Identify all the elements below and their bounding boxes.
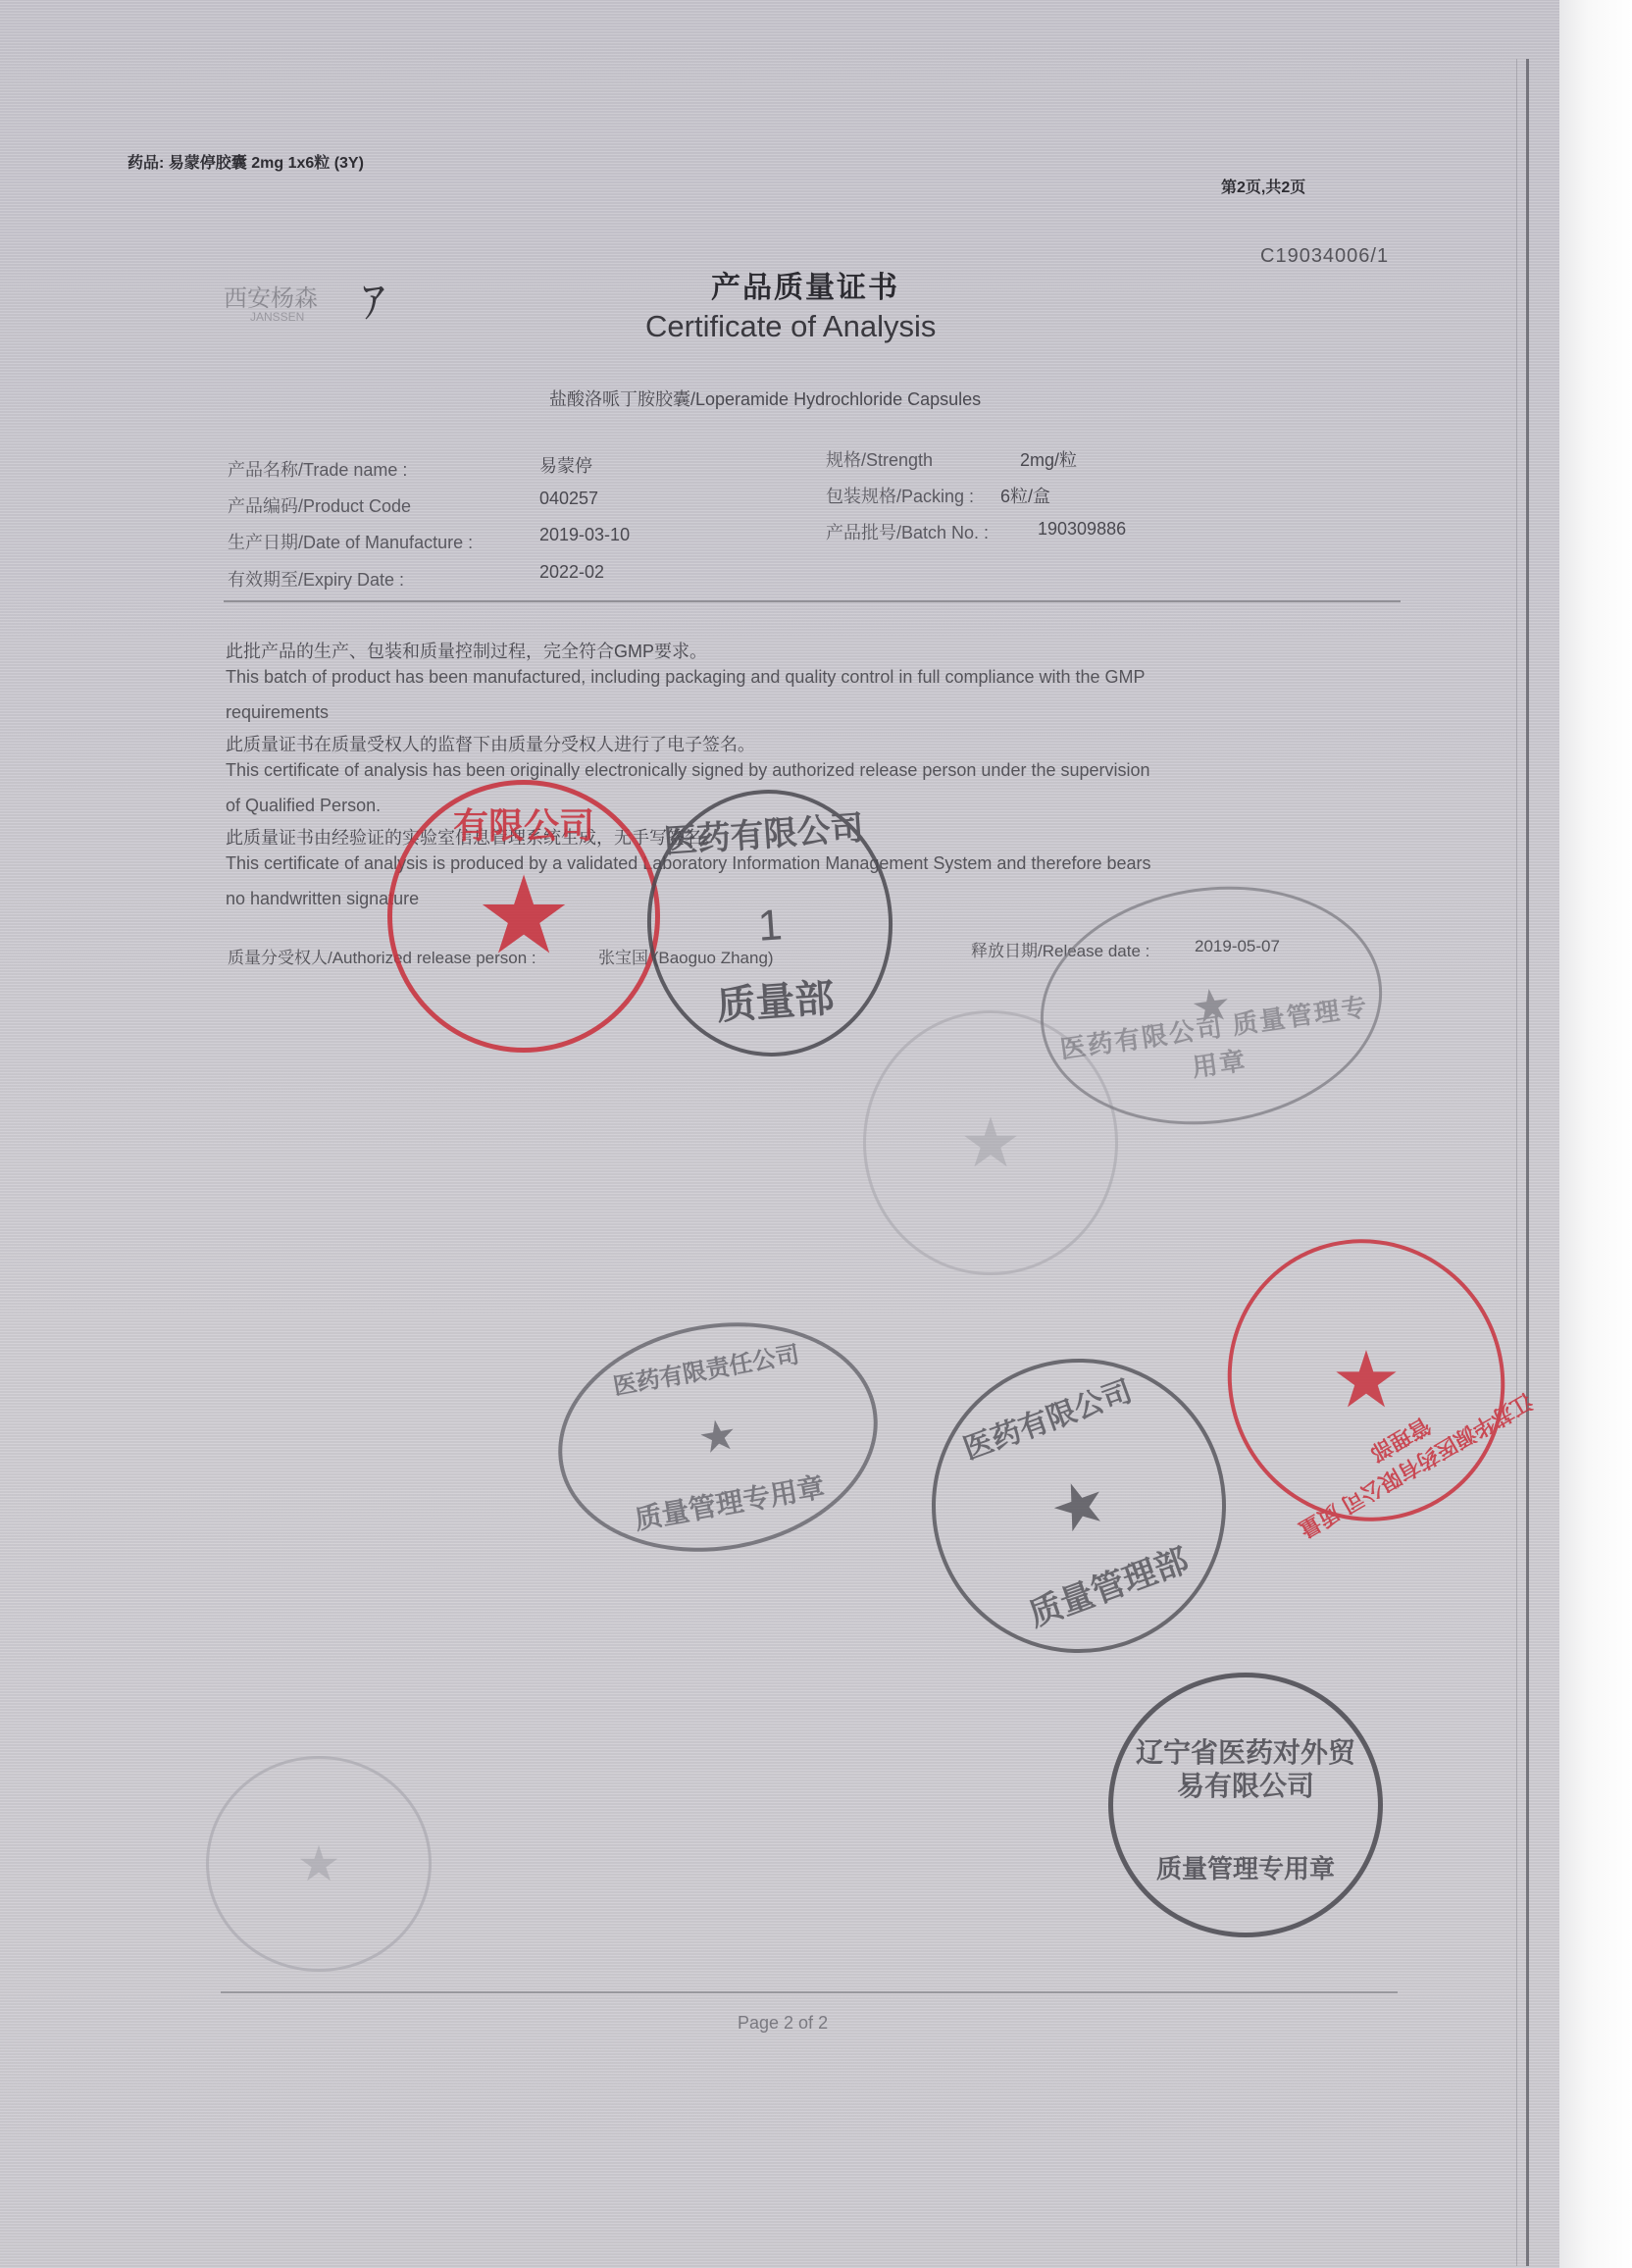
field-label-packing: 包装规格/Packing : bbox=[826, 483, 974, 508]
product-line-header: 药品: 易蒙停胶囊 2mg 1x6粒 (3Y) bbox=[127, 150, 364, 173]
title-en: Certificate of Analysis bbox=[645, 309, 936, 344]
star-icon: ★ bbox=[297, 1839, 341, 1888]
statement-2-en: This certificate of analysis has been or… bbox=[226, 760, 1150, 781]
field-label-strength: 规格/Strength bbox=[826, 446, 933, 472]
star-icon: ★ bbox=[960, 1108, 1022, 1177]
star-icon: ★ bbox=[476, 862, 573, 970]
stamp-ring-text: 辽宁省医药对外贸易有限公司 bbox=[1113, 1736, 1378, 1802]
company-logo: 西安杨森 bbox=[224, 279, 318, 313]
field-label-trade-name: 产品名称/Trade name : bbox=[228, 456, 407, 482]
field-label-manufacture-date: 生产日期/Date of Manufacture : bbox=[228, 529, 473, 554]
stamp-ghost-bottom-left: ★ bbox=[206, 1756, 432, 1972]
statement-2-cn: 此质量证书在质量受权人的监督下由质量分受权人进行了电子签名。 bbox=[226, 731, 755, 756]
divider-line bbox=[224, 600, 1401, 602]
document-number: C19034006/1 bbox=[1260, 245, 1389, 268]
title-cn: 产品质量证书 bbox=[711, 263, 899, 306]
star-icon: ★ bbox=[1042, 1467, 1116, 1545]
scan-edge-line bbox=[1516, 59, 1517, 2266]
field-value-manufacture-date: 2019-03-10 bbox=[539, 525, 630, 545]
stamp-liaoning: 辽宁省医药对外贸易有限公司 质量管理专用章 bbox=[1108, 1673, 1383, 1937]
statement-1-cn: 此批产品的生产、包装和质量控制过程，完全符合GMP要求。 bbox=[226, 638, 707, 663]
star-icon: ★ bbox=[1331, 1341, 1402, 1419]
field-value-batch-no: 190309886 bbox=[1038, 519, 1126, 540]
statement-2-en-cont: of Qualified Person. bbox=[226, 796, 381, 816]
field-label-expiry-date: 有效期至/Expiry Date : bbox=[228, 566, 404, 592]
star-icon: ★ bbox=[695, 1413, 740, 1462]
footer-divider bbox=[221, 1991, 1398, 1993]
page-indicator-cn: 第2页,共2页 bbox=[1221, 175, 1305, 197]
logo-mark-icon: ｱ bbox=[363, 267, 384, 330]
stamp-bottom-text: 质量管理专用章 bbox=[1113, 1849, 1378, 1885]
field-value-product-code: 040257 bbox=[539, 489, 598, 509]
field-value-trade-name: 易蒙停 bbox=[539, 452, 592, 478]
field-value-expiry-date: 2022-02 bbox=[539, 562, 604, 583]
company-logo-subtext: JANSSEN bbox=[250, 310, 304, 324]
scan-edge-line bbox=[1526, 59, 1529, 2266]
page-number: Page 2 of 2 bbox=[738, 2013, 828, 2034]
field-label-product-code: 产品编码/Product Code bbox=[228, 492, 411, 518]
statement-1-en: This batch of product has been manufactu… bbox=[226, 667, 1146, 688]
field-value-packing: 6粒/盒 bbox=[1000, 483, 1050, 508]
stamp-number: 1 bbox=[650, 894, 891, 959]
scan-margin bbox=[1559, 0, 1632, 2268]
stamp-red-text: 有限公司 bbox=[392, 799, 655, 849]
stamp-red-company: ★ 有限公司 bbox=[387, 780, 660, 1053]
field-label-batch-no: 产品批号/Batch No. : bbox=[826, 519, 989, 544]
statement-1-en-cont: requirements bbox=[226, 702, 329, 723]
field-value-strength: 2mg/粒 bbox=[1020, 446, 1077, 472]
product-name: 盐酸洛哌丁胺胶囊/Loperamide Hydrochloride Capsul… bbox=[549, 386, 981, 411]
